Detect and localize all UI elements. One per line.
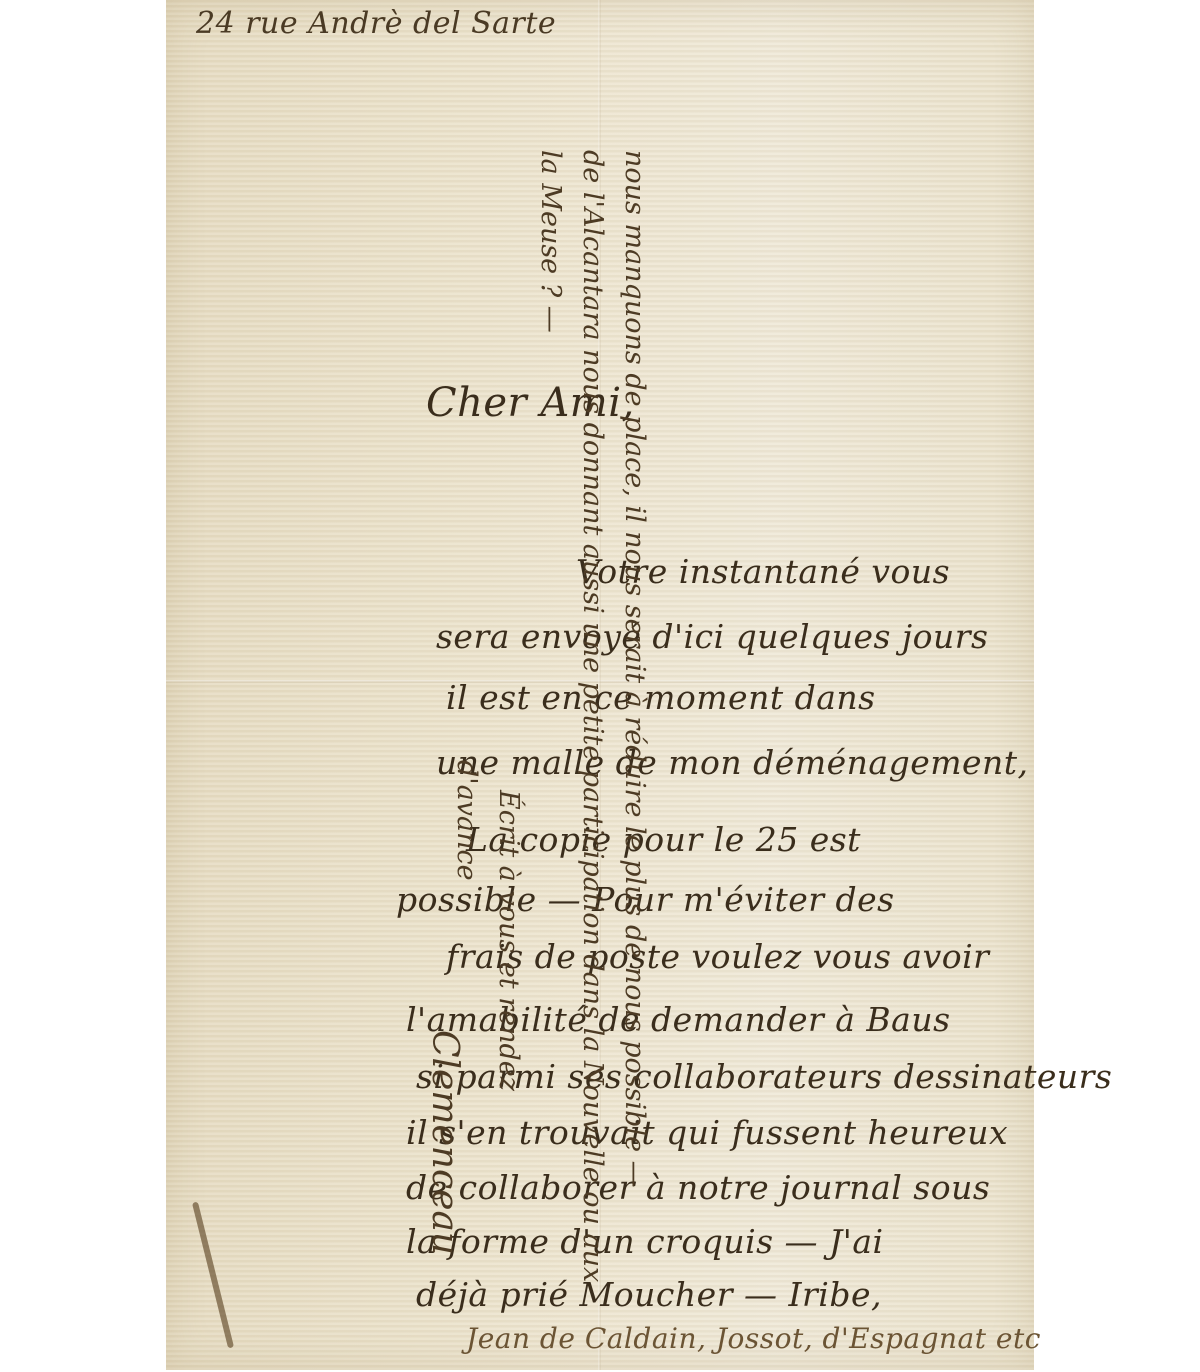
margin-line: la Meuse ? — [535, 150, 566, 333]
margin-line: Écrit à vous et rendez [493, 790, 524, 1091]
margin-line: de l'Alcantara nous donnant aussi une pe… [577, 150, 608, 1282]
margin-line: d'avance [451, 760, 482, 881]
signature: Clemenceau [424, 1030, 465, 1255]
margin-line: nous manquons de place, il nous serait à… [619, 150, 650, 1188]
header-address: 24 rue Andrè del Sarte [196, 6, 556, 41]
margin-note: nous manquons de place, il nous serait à… [420, 150, 670, 1372]
